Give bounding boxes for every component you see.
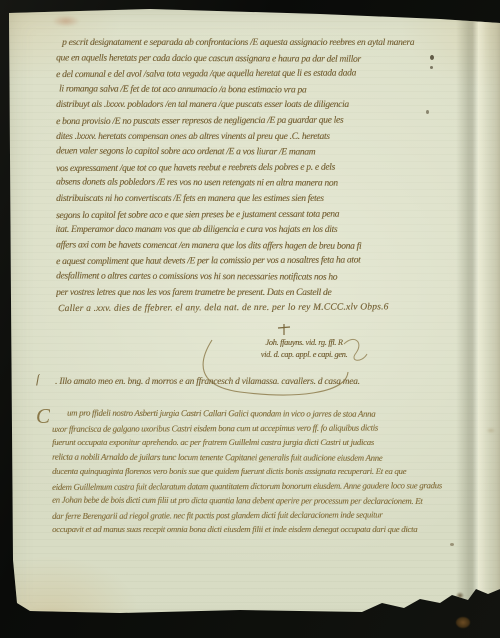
handwriting-line: li romanga salva /E fet de tot aco annum…	[59, 82, 468, 99]
handwriting-line: en Johan bebe de bois dicti cum filii ut…	[52, 493, 466, 509]
foxing-spot	[450, 543, 454, 546]
debris-spot	[456, 617, 470, 628]
handwriting-line: absens donets als pobledors /E res vos n…	[56, 176, 468, 193]
handwriting-line: distribuiscats ni ho convertiscats /E fe…	[56, 192, 468, 208]
handwriting-line: uxor ffrancisca de galgano uxoribus Cast…	[52, 420, 466, 436]
adjacent-page-edge	[478, 16, 500, 616]
ink-smudge-stain	[52, 15, 80, 27]
handwriting-line: eidem Guillelmum castra fuit declaratum …	[52, 478, 466, 494]
handwriting-line: desfalliment o altres cartes o comission…	[56, 269, 468, 286]
signature-line: Joh. ffauyns. vid. rg. ffl. R	[226, 337, 382, 349]
handwriting-line: litat. Emperamor daco manam vos que ab d…	[56, 223, 468, 239]
handwriting-line: relicta a nobili Arnaldo de juilars tunc…	[52, 449, 466, 465]
text-block-letter: p escrit designatament e separada ab con…	[56, 36, 468, 317]
handwriting-line: fuerunt occupata exponitur aprehendo. ac…	[52, 435, 466, 450]
paragraph-mark: ſ	[36, 371, 40, 387]
handwriting-line: ducenta quinquaginta florenos vero bonis…	[52, 464, 466, 479]
handwriting-line: p escrit designatament e separada ab con…	[62, 36, 468, 52]
photo-background: p escrit designatament e separada ab con…	[0, 0, 500, 638]
signature-block: Joh. ffauyns. vid. rg. ffl. R vid. d. ca…	[226, 337, 382, 360]
manuscript-page: p escrit designatament e separada ab con…	[0, 0, 500, 638]
signature-cross-icon	[276, 323, 292, 336]
signature-line: vid. d. cap. appl. e capi. gen.	[226, 349, 382, 361]
handwriting-line: occupavit et ad manus suas recepit omnia…	[52, 522, 466, 537]
handwriting-line: distribuyt als .lxxxv. pobladors /en tal…	[56, 98, 468, 114]
handwriting-line: segons lo capitol fet sobre aco e que si…	[56, 206, 468, 224]
handwriting-line: Caller a .xxv. dies de ffebrer. el any. …	[58, 300, 468, 317]
handwriting-line: dites .lxxxv. heretats compensan ones ab…	[56, 130, 468, 146]
handwriting-line: dar ferre Berengarii ad riegol gratie. n…	[52, 507, 466, 523]
handwriting-line: e bona provisio /E no puscats esser repr…	[56, 113, 468, 131]
handwriting-line: e aquest compliment que haut devets /E p…	[56, 253, 468, 271]
handwriting-line: per vostres letres que nos les vos farem…	[56, 286, 468, 302]
text-block-latin-entry: um pro ffideli nostro Asberti jurgia Cas…	[52, 406, 466, 537]
address-line: . Illo amato meo en. bng. d morros e an …	[55, 377, 360, 387]
handwriting-line: um pro ffideli nostro Asberti jurgia Cas…	[67, 406, 466, 421]
initial-capital: C	[36, 404, 50, 429]
handwriting-line: e del comunal e del avol /salva tota veg…	[56, 66, 468, 84]
